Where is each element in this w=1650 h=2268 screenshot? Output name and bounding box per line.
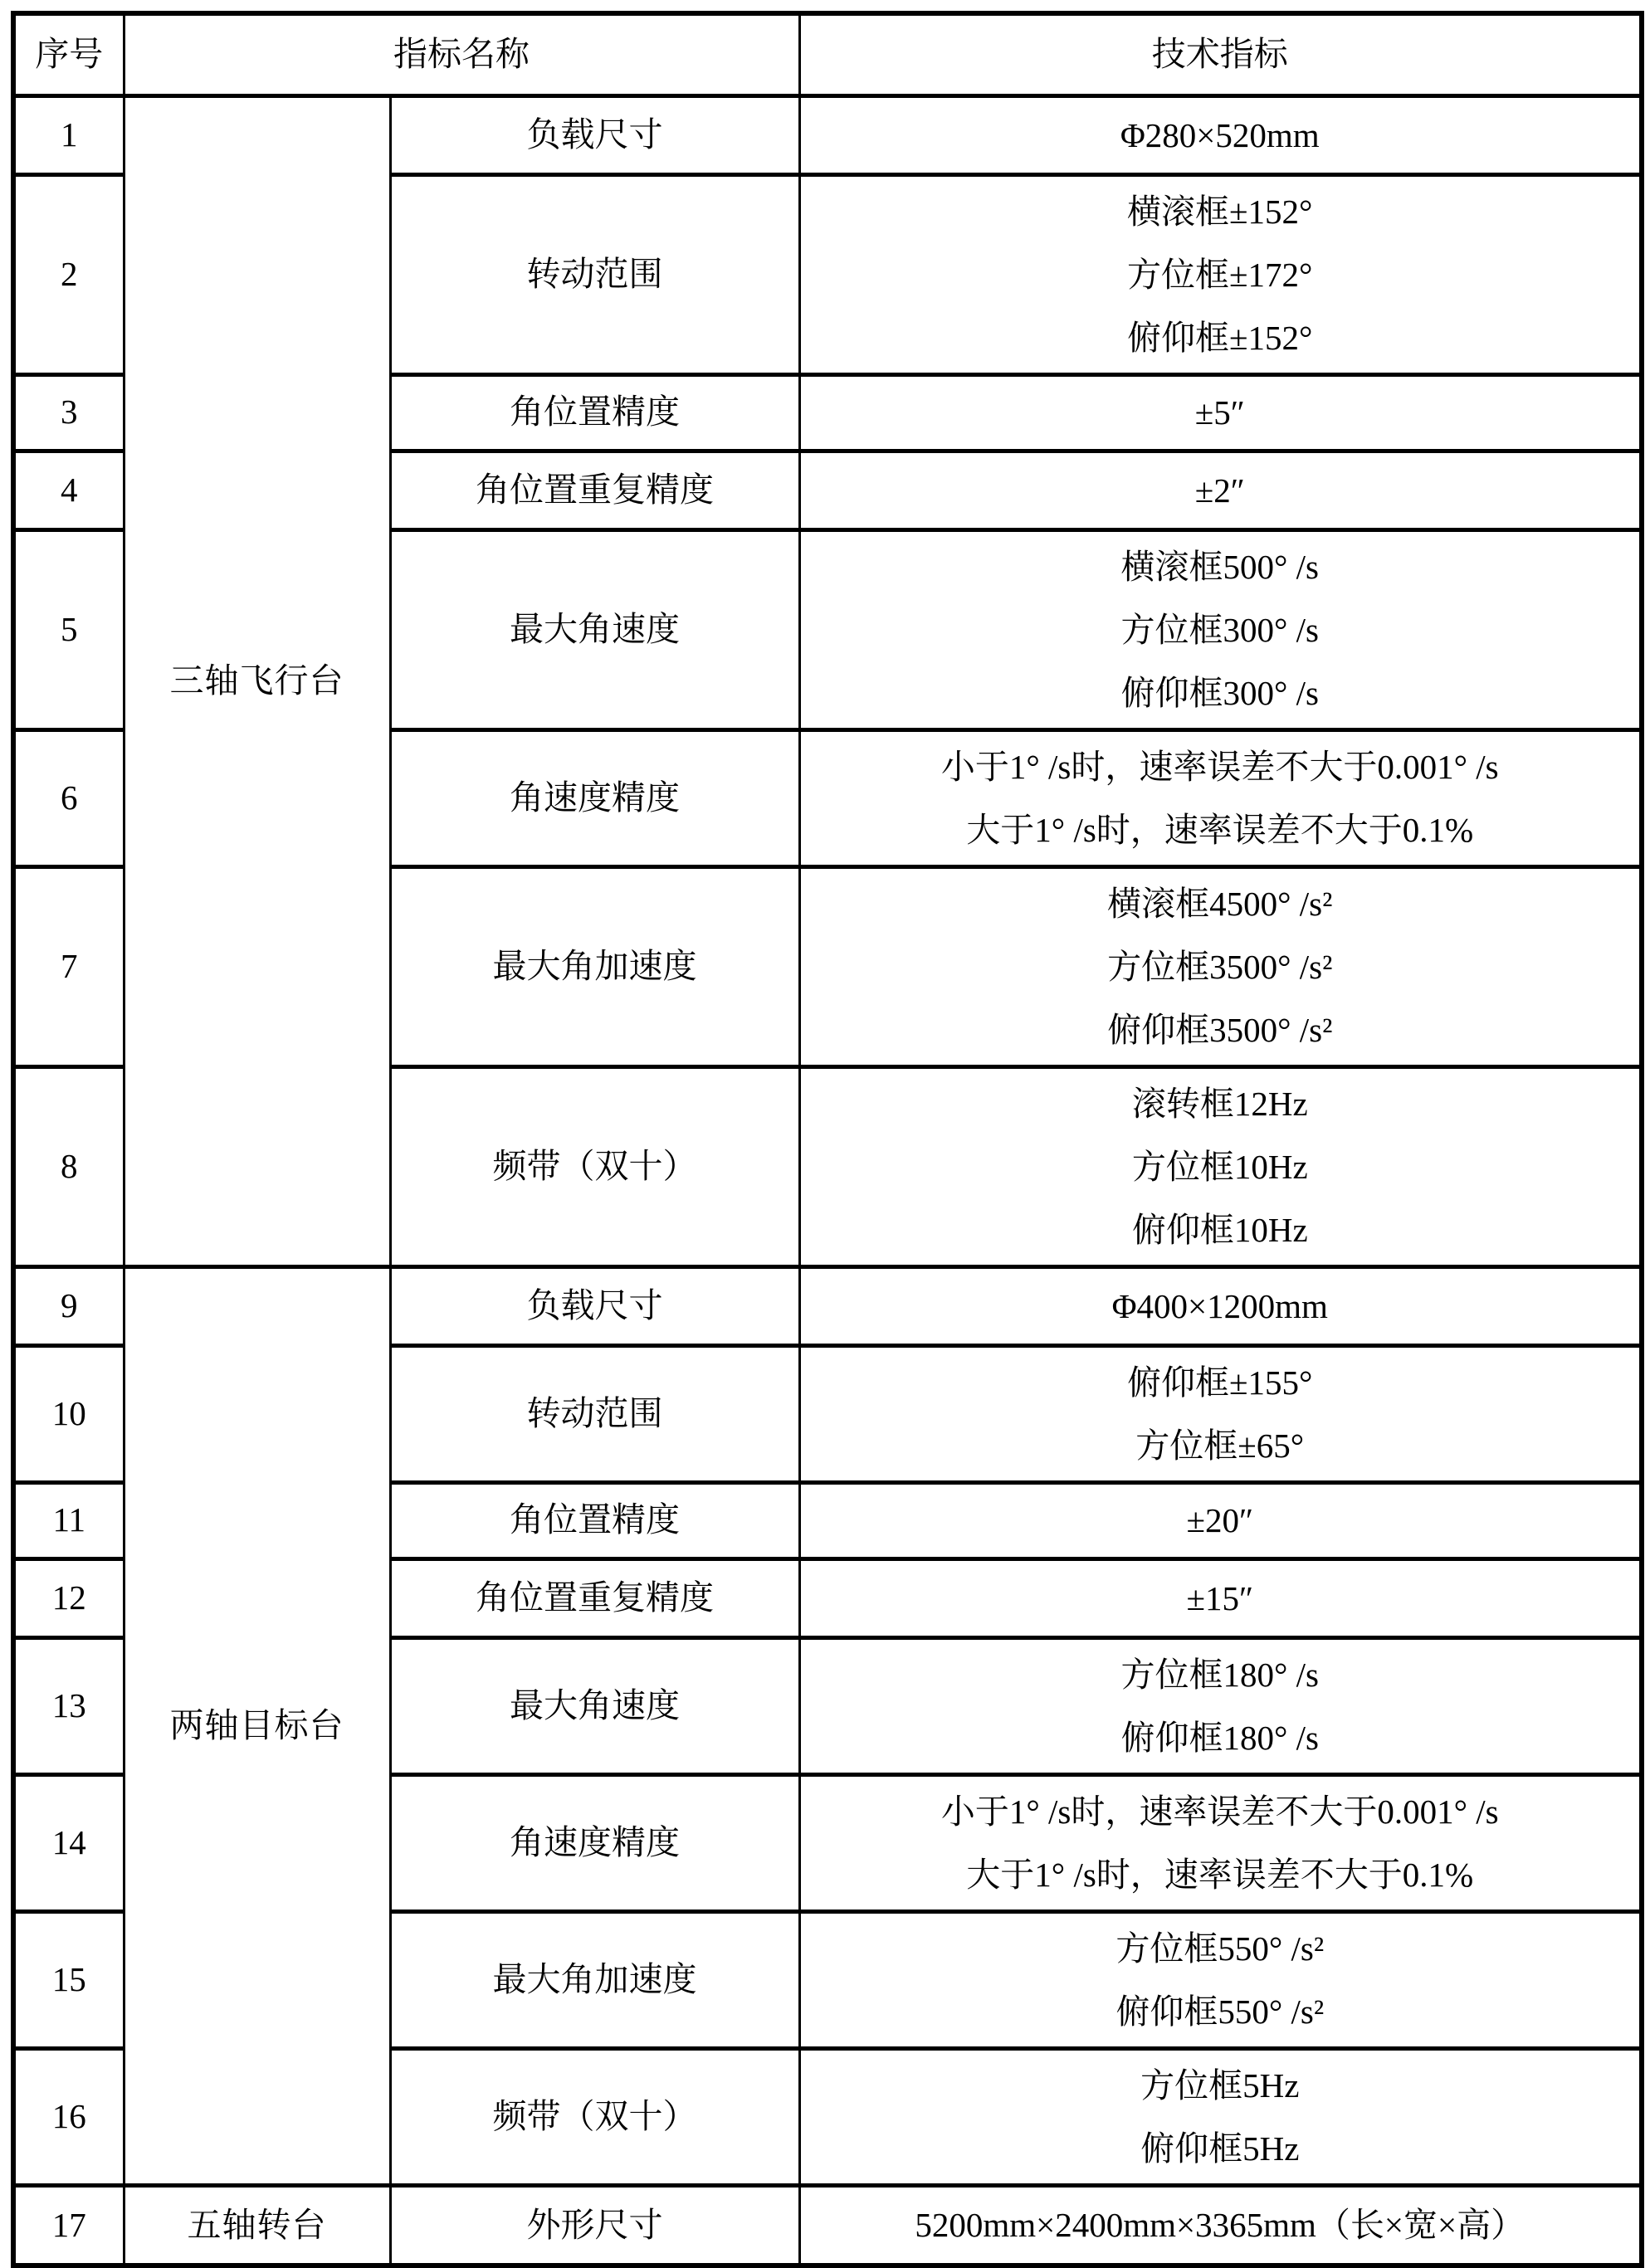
indicator-name: 最大角速度 bbox=[390, 529, 799, 729]
row-serial: 6 bbox=[13, 729, 124, 866]
category-cell-five-axis-turntable: 五轴转台 bbox=[124, 2185, 390, 2266]
indicator-name: 转动范围 bbox=[390, 174, 799, 374]
indicator-name: 最大角加速度 bbox=[390, 1911, 799, 2048]
indicator-name: 负载尺寸 bbox=[390, 95, 799, 174]
indicator-name: 频带（双十） bbox=[390, 1066, 799, 1266]
indicator-name: 角速度精度 bbox=[390, 729, 799, 866]
tech-spec: 小于1° /s时，速率误差不大于0.001° /s 大于1° /s时，速率误差不… bbox=[799, 729, 1642, 866]
tech-spec: Φ280×520mm bbox=[799, 95, 1642, 174]
tech-spec: 横滚框500° /s 方位框300° /s 俯仰框300° /s bbox=[799, 529, 1642, 729]
row-serial: 11 bbox=[13, 1482, 124, 1558]
tech-spec: ±15″ bbox=[799, 1558, 1642, 1637]
tech-spec: 方位框180° /s 俯仰框180° /s bbox=[799, 1637, 1642, 1774]
tech-spec: ±20″ bbox=[799, 1482, 1642, 1558]
row-serial: 16 bbox=[13, 2048, 124, 2185]
row-serial: 13 bbox=[13, 1637, 124, 1774]
table-row: 1 三轴飞行台 负载尺寸 Φ280×520mm bbox=[13, 95, 1642, 174]
header-col-tech-spec: 技术指标 bbox=[799, 13, 1642, 95]
row-serial: 17 bbox=[13, 2185, 124, 2266]
tech-spec: Φ400×1200mm bbox=[799, 1266, 1642, 1345]
header-col-indicator-name: 指标名称 bbox=[124, 13, 799, 95]
header-col-serial: 序号 bbox=[13, 13, 124, 95]
document-page: 序号 指标名称 技术指标 1 三轴飞行台 负载尺寸 Φ280×520mm 2 转… bbox=[0, 0, 1650, 2172]
row-serial: 8 bbox=[13, 1066, 124, 1266]
indicator-name: 角位置精度 bbox=[390, 1482, 799, 1558]
row-serial: 3 bbox=[13, 374, 124, 451]
row-serial: 4 bbox=[13, 451, 124, 529]
table-row: 9 两轴目标台 负载尺寸 Φ400×1200mm bbox=[13, 1266, 1642, 1345]
tech-spec: 方位框550° /s² 俯仰框550° /s² bbox=[799, 1911, 1642, 2048]
tech-spec: 小于1° /s时，速率误差不大于0.001° /s 大于1° /s时，速率误差不… bbox=[799, 1774, 1642, 1911]
row-serial: 9 bbox=[13, 1266, 124, 1345]
table-row: 17 五轴转台 外形尺寸 5200mm×2400mm×3365mm（长×宽×高） bbox=[13, 2185, 1642, 2266]
indicator-name: 转动范围 bbox=[390, 1345, 799, 1482]
row-serial: 2 bbox=[13, 174, 124, 374]
tech-spec: ±2″ bbox=[799, 451, 1642, 529]
row-serial: 15 bbox=[13, 1911, 124, 2048]
tech-spec: 俯仰框±155° 方位框±65° bbox=[799, 1345, 1642, 1482]
row-serial: 1 bbox=[13, 95, 124, 174]
tech-spec: ±5″ bbox=[799, 374, 1642, 451]
indicator-name: 频带（双十） bbox=[390, 2048, 799, 2185]
tech-spec: 横滚框±152° 方位框±172° 俯仰框±152° bbox=[799, 174, 1642, 374]
row-serial: 12 bbox=[13, 1558, 124, 1637]
spec-table: 序号 指标名称 技术指标 1 三轴飞行台 负载尺寸 Φ280×520mm 2 转… bbox=[11, 11, 1644, 2268]
indicator-name: 角位置重复精度 bbox=[390, 1558, 799, 1637]
tech-spec: 横滚框4500° /s² 方位框3500° /s² 俯仰框3500° /s² bbox=[799, 866, 1642, 1066]
tech-spec: 方位框5Hz 俯仰框5Hz bbox=[799, 2048, 1642, 2185]
indicator-name: 负载尺寸 bbox=[390, 1266, 799, 1345]
row-serial: 7 bbox=[13, 866, 124, 1066]
indicator-name: 最大角速度 bbox=[390, 1637, 799, 1774]
indicator-name: 角位置精度 bbox=[390, 374, 799, 451]
category-cell-three-axis-flight-platform: 三轴飞行台 bbox=[124, 95, 390, 1266]
row-serial: 5 bbox=[13, 529, 124, 729]
indicator-name: 角速度精度 bbox=[390, 1774, 799, 1911]
indicator-name: 角位置重复精度 bbox=[390, 451, 799, 529]
header-row: 序号 指标名称 技术指标 bbox=[13, 13, 1642, 95]
row-serial: 14 bbox=[13, 1774, 124, 1911]
indicator-name: 最大角加速度 bbox=[390, 866, 799, 1066]
tech-spec: 5200mm×2400mm×3365mm（长×宽×高） bbox=[799, 2185, 1642, 2266]
indicator-name: 外形尺寸 bbox=[390, 2185, 799, 2266]
row-serial: 10 bbox=[13, 1345, 124, 1482]
category-cell-two-axis-target-platform: 两轴目标台 bbox=[124, 1266, 390, 2185]
tech-spec: 滚转框12Hz 方位框10Hz 俯仰框10Hz bbox=[799, 1066, 1642, 1266]
